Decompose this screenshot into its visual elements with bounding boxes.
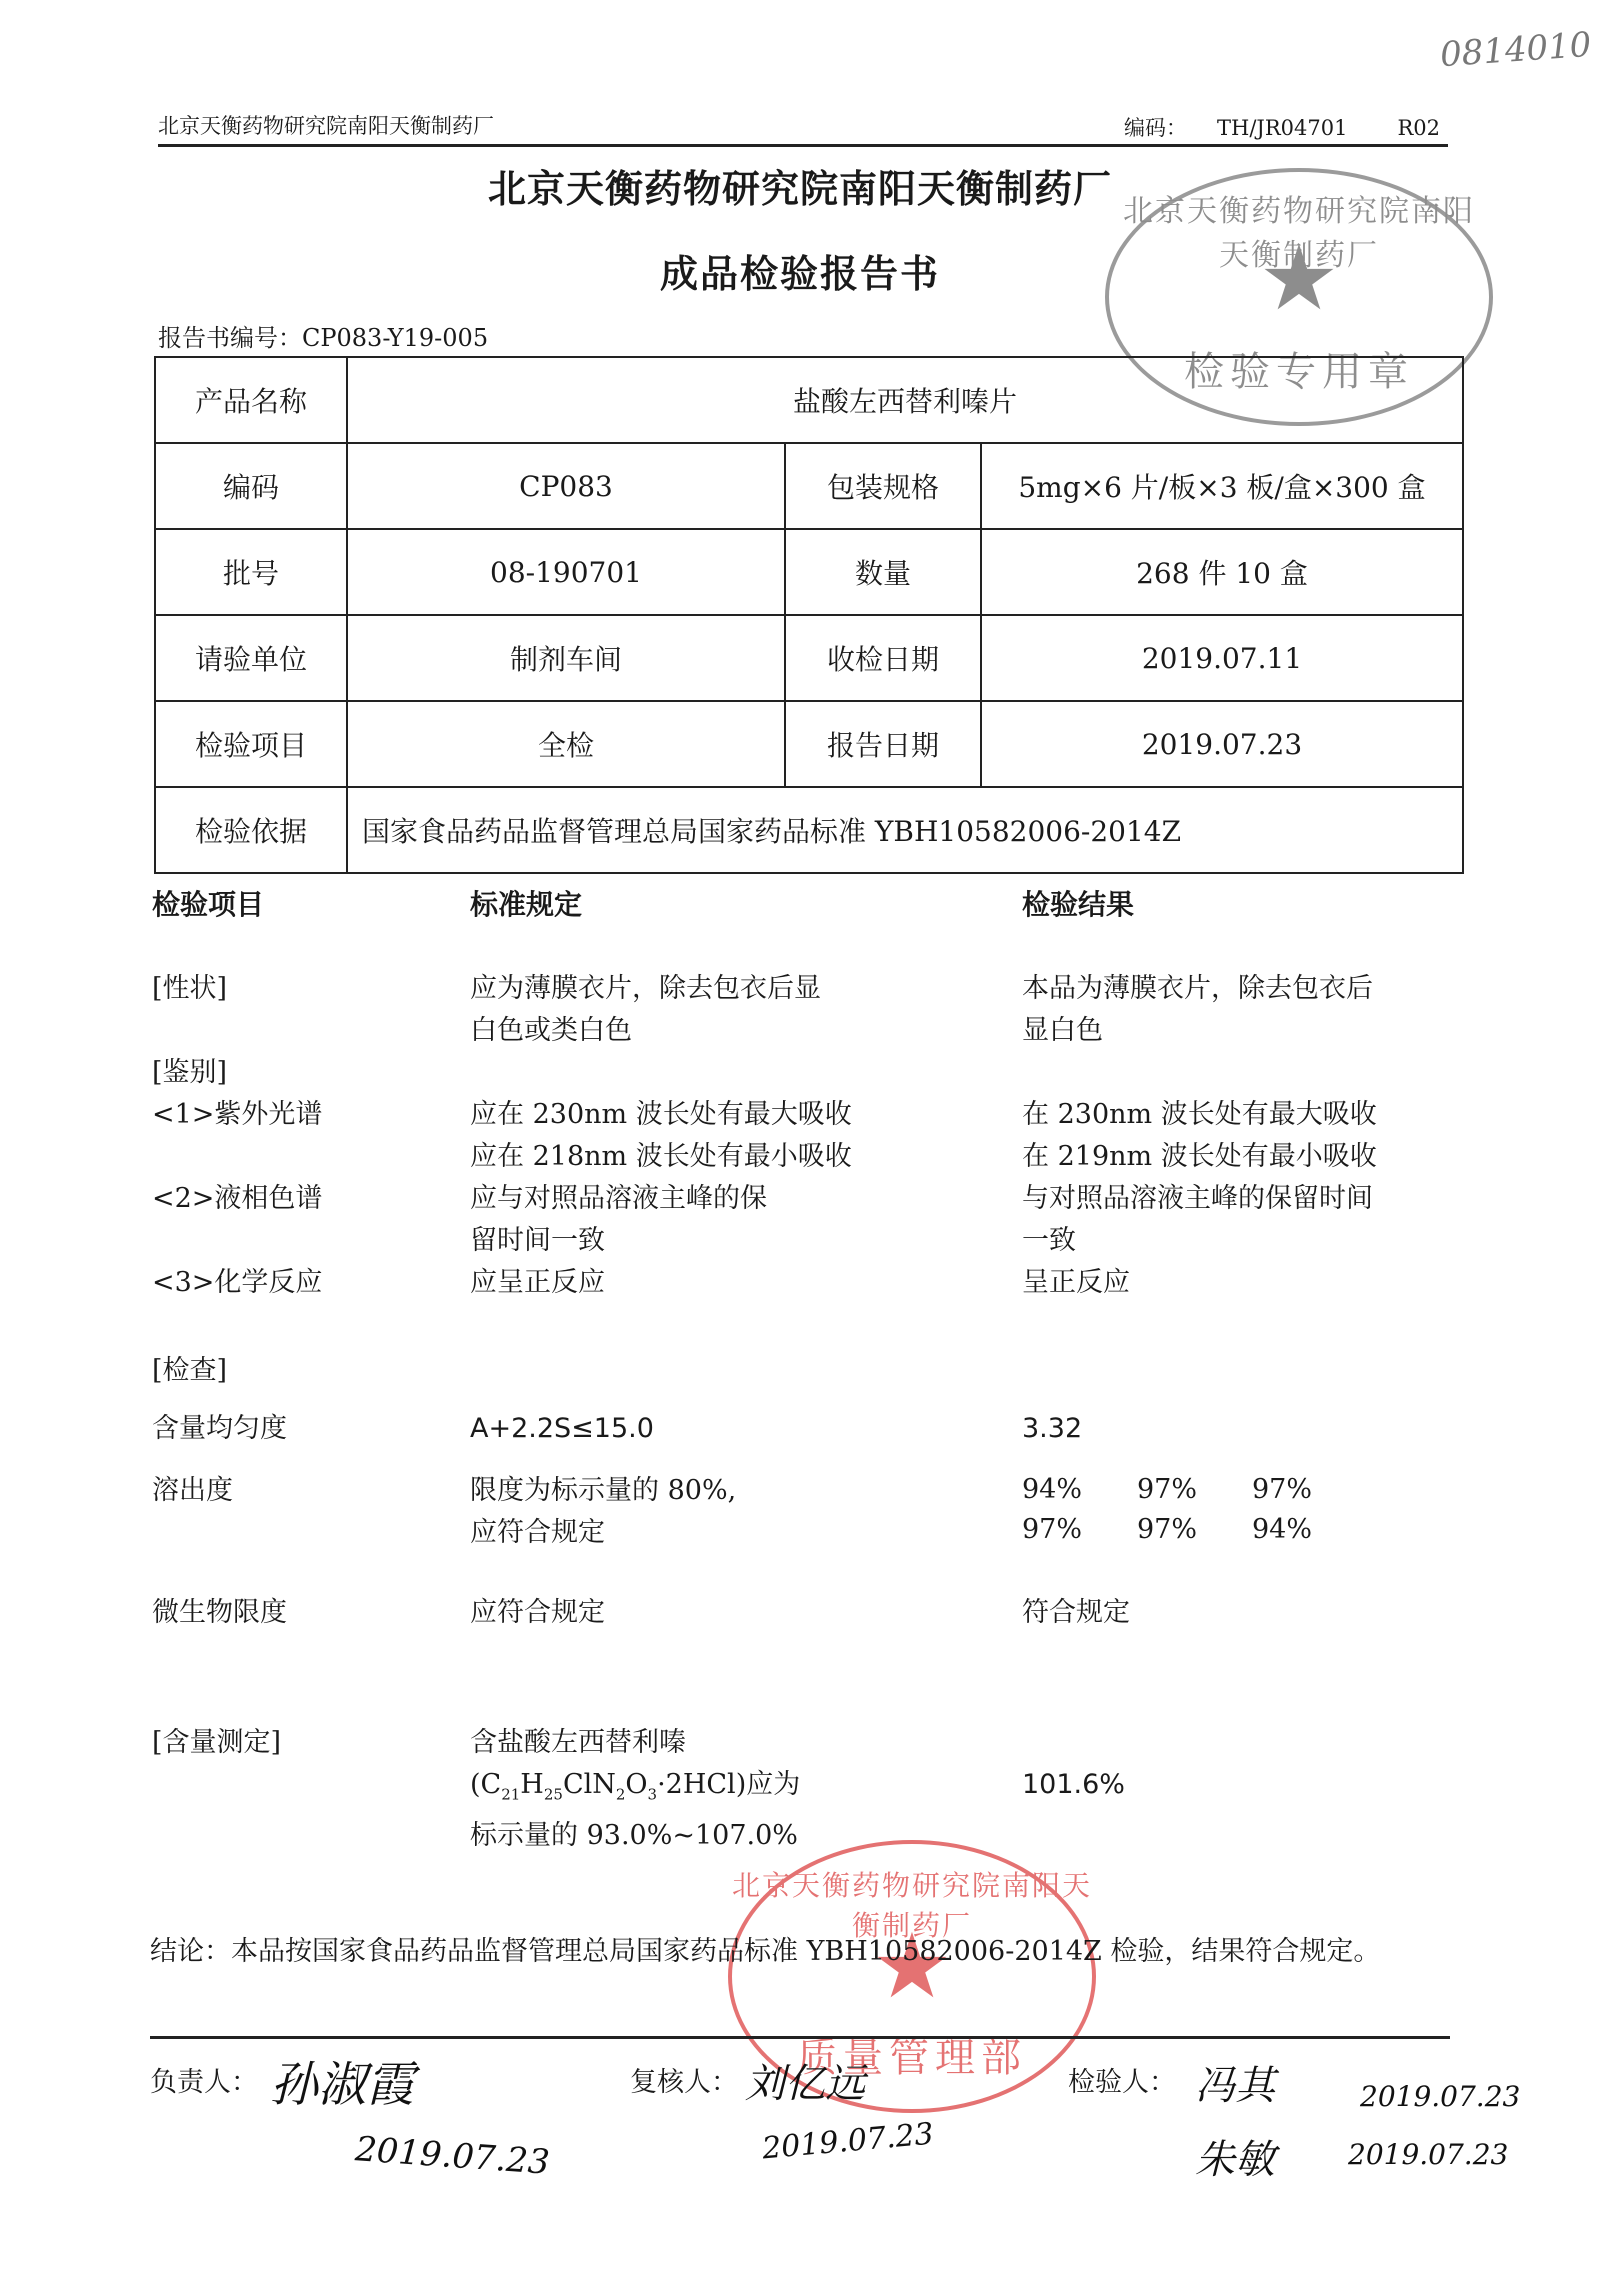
report-number-label: 报告书编号： <box>158 324 302 352</box>
hplc-result: 与对照品溶液主峰的保留时间 一致 <box>1022 1178 1373 1262</box>
standard-line: 应符合规定 <box>470 1512 736 1554</box>
table-row: 批号 08-190701 数量 268 件 10 盒 <box>155 529 1463 615</box>
result-row: 97%97%94% <box>1022 1510 1367 1550</box>
code-label: 编码 <box>155 443 347 529</box>
header-item: 检验项目 <box>152 884 264 926</box>
uniformity-result: 3.32 <box>1022 1408 1082 1450</box>
product-name-label: 产品名称 <box>155 357 347 443</box>
identification-heading: [鉴别] <box>152 1052 227 1094</box>
report-number: 报告书编号：CP083-Y19-005 <box>158 318 488 353</box>
standard-line: 白色或类白色 <box>470 1010 821 1052</box>
running-header: 北京天衡药物研究院南阳天衡制药厂 编码：TH/JR04701R02 <box>158 110 1448 147</box>
microbial-item: 微生物限度 <box>152 1592 287 1634</box>
product-name-value: 盐酸左西替利嗪片 <box>347 357 1463 443</box>
received-date-value: 2019.07.11 <box>981 615 1463 701</box>
quantity-label: 数量 <box>785 529 981 615</box>
standard-line: 留时间一致 <box>470 1220 767 1262</box>
result-line: 在 219nm 波长处有最小吸收 <box>1022 1136 1377 1178</box>
hplc-item: <2>液相色谱 <box>152 1178 322 1220</box>
dissolution-value: 94% <box>1252 1510 1367 1550</box>
dissolution-value: 97% <box>1137 1510 1252 1550</box>
uniformity-item: 含量均匀度 <box>152 1408 287 1450</box>
dissolution-value: 94% <box>1022 1470 1137 1510</box>
standard-line: 应与对照品溶液主峰的保 <box>470 1178 767 1220</box>
batch-value: 08-190701 <box>347 529 785 615</box>
uv-item: <1>紫外光谱 <box>152 1094 322 1136</box>
hplc-standard: 应与对照品溶液主峰的保 留时间一致 <box>470 1178 767 1262</box>
table-row: 检验依据 国家食品药品监督管理总局国家药品标准 YBH10582006-2014… <box>155 787 1463 873</box>
tests-heading: [检查] <box>152 1350 227 1392</box>
responsible-date: 2019.07.23 <box>354 2129 551 2182</box>
report-number-value: CP083-Y19-005 <box>302 324 488 352</box>
header-company: 北京天衡药物研究院南阳天衡制药厂 <box>158 110 494 140</box>
header-code-label: 编码： <box>1124 116 1187 140</box>
uv-result: 在 230nm 波长处有最大吸收 在 219nm 波长处有最小吸收 <box>1022 1094 1377 1178</box>
standard-line: 应为薄膜衣片，除去包衣后显 <box>470 968 821 1010</box>
assay-result: 101.6% <box>1022 1764 1125 1806</box>
formula-suffix: 应为 <box>746 1769 800 1800</box>
header-result: 检验结果 <box>1022 884 1134 926</box>
report-date-label: 报告日期 <box>785 701 981 787</box>
chemical-item: <3>化学反应 <box>152 1262 322 1304</box>
result-line: 在 230nm 波长处有最大吸收 <box>1022 1094 1377 1136</box>
dissolution-value: 97% <box>1022 1510 1137 1550</box>
packaging-label: 包装规格 <box>785 443 981 529</box>
appearance-result: 本品为薄膜衣片，除去包衣后 显白色 <box>1022 968 1373 1052</box>
table-row: 产品名称 盐酸左西替利嗪片 <box>155 357 1463 443</box>
result-row: 94%97%97% <box>1022 1470 1367 1510</box>
uv-standard: 应在 230nm 波长处有最大吸收 应在 218nm 波长处有最小吸收 <box>470 1094 852 1178</box>
batch-label: 批号 <box>155 529 347 615</box>
inspector-signature-1: 冯其 <box>1195 2054 1275 2111</box>
chemical-standard: 应呈正反应 <box>470 1262 605 1304</box>
inspector-signature-2: 朱敏 <box>1195 2128 1275 2185</box>
inspector-date-1: 2019.07.23 <box>1360 2080 1520 2113</box>
report-date-value: 2019.07.23 <box>981 701 1463 787</box>
reviewer-signature: 刘亿远 <box>745 2052 865 2109</box>
dissolution-standard: 限度为标示量的 80%, 应符合规定 <box>470 1470 736 1554</box>
microbial-standard: 应符合规定 <box>470 1592 605 1634</box>
inspection-items-value: 全检 <box>347 701 785 787</box>
dissolution-result: 94%97%97% 97%97%94% <box>1022 1470 1367 1550</box>
table-row: 请验单位 制剂车间 收检日期 2019.07.11 <box>155 615 1463 701</box>
quantity-value: 268 件 10 盒 <box>981 529 1463 615</box>
assay-standard: 含盐酸左西替利嗪 (C21H25ClN2O3·2HCl)应为 标示量的 93.0… <box>470 1722 800 1857</box>
company-title: 北京天衡药物研究院南阳天衡制药厂 <box>0 158 1600 213</box>
inspector-date-2: 2019.07.23 <box>1348 2138 1508 2171</box>
standard-line: 标示量的 93.0%~107.0% <box>470 1815 800 1857</box>
standard-line: 含盐酸左西替利嗪 <box>470 1722 800 1764</box>
dissolution-value: 97% <box>1252 1470 1367 1510</box>
dissolution-item: 溶出度 <box>152 1470 233 1512</box>
appearance-standard: 应为薄膜衣片，除去包衣后显 白色或类白色 <box>470 968 821 1052</box>
standard-line: 应在 218nm 波长处有最小吸收 <box>470 1136 852 1178</box>
basis-value: 国家食品药品监督管理总局国家药品标准 YBH10582006-2014Z <box>347 787 1463 873</box>
conclusion: 结论：本品按国家食品药品监督管理总局国家药品标准 YBH10582006-201… <box>150 1930 1470 1974</box>
received-date-label: 收检日期 <box>785 615 981 701</box>
result-line: 一致 <box>1022 1220 1373 1262</box>
archive-number: 0814010 <box>1439 25 1593 75</box>
uniformity-standard: A+2.2S≤15.0 <box>470 1408 654 1450</box>
appearance-item: [性状] <box>152 968 227 1010</box>
document-title: 成品检验报告书 <box>0 243 1600 298</box>
responsible-label: 负责人： <box>150 2060 258 2099</box>
table-row: 编码 CP083 包装规格 5mg×6 片/板×3 板/盒×300 盒 <box>155 443 1463 529</box>
divider <box>150 2036 1450 2039</box>
product-info-table: 产品名称 盐酸左西替利嗪片 编码 CP083 包装规格 5mg×6 片/板×3 … <box>154 356 1464 874</box>
reviewer-date: 2019.07.23 <box>761 2117 935 2167</box>
basis-label: 检验依据 <box>155 787 347 873</box>
result-line: 显白色 <box>1022 1010 1373 1052</box>
reviewer-label: 复核人： <box>630 2060 738 2099</box>
table-row: 检验项目 全检 报告日期 2019.07.23 <box>155 701 1463 787</box>
dissolution-value: 97% <box>1137 1470 1252 1510</box>
requesting-unit-value: 制剂车间 <box>347 615 785 701</box>
microbial-result: 符合规定 <box>1022 1592 1130 1634</box>
inspection-items-label: 检验项目 <box>155 701 347 787</box>
responsible-signature: 孙淑霞 <box>270 2046 414 2115</box>
requesting-unit-label: 请验单位 <box>155 615 347 701</box>
assay-item: [含量测定] <box>152 1722 281 1764</box>
standard-line: 限度为标示量的 80%, <box>470 1470 736 1512</box>
result-line: 本品为薄膜衣片，除去包衣后 <box>1022 968 1373 1010</box>
chemical-result: 呈正反应 <box>1022 1262 1130 1304</box>
packaging-value: 5mg×6 片/板×3 板/盒×300 盒 <box>981 443 1463 529</box>
result-line: 与对照品溶液主峰的保留时间 <box>1022 1178 1373 1220</box>
header-revision: R02 <box>1397 116 1440 140</box>
standard-line: 应在 230nm 波长处有最大吸收 <box>470 1094 852 1136</box>
assay-formula: (C21H25ClN2O3·2HCl)应为 <box>470 1764 800 1815</box>
header-standard: 标准规定 <box>470 884 582 926</box>
header-code-value: TH/JR04701 <box>1217 116 1347 140</box>
code-value: CP083 <box>347 443 785 529</box>
inspector-label: 检验人： <box>1068 2060 1176 2099</box>
header-code: 编码：TH/JR04701R02 <box>1124 112 1440 142</box>
